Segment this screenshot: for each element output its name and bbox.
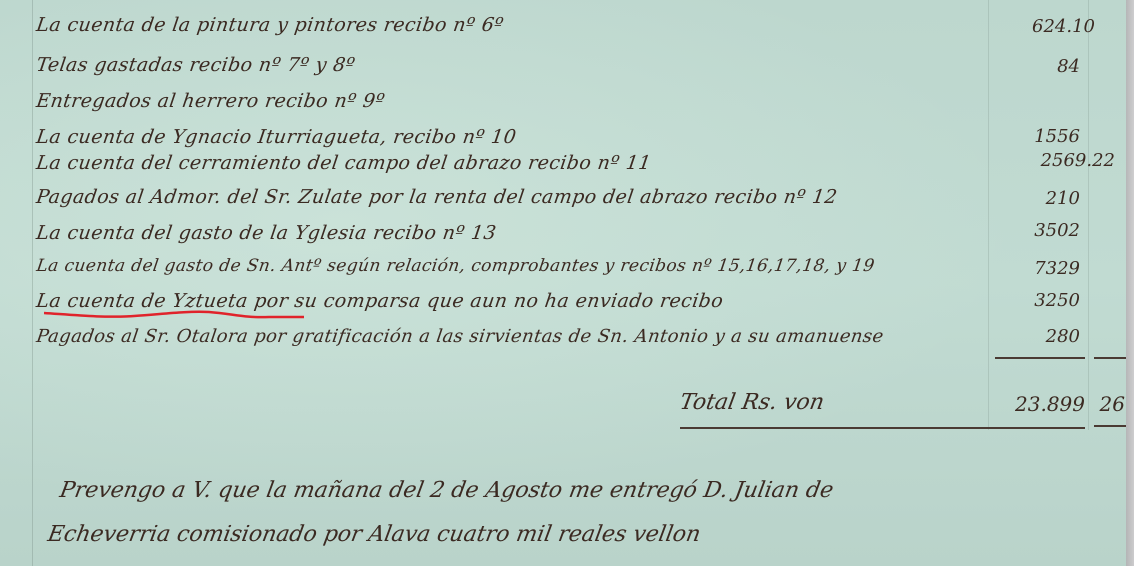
paragraph-line: Prevengo a V. que la mañana del 2 de Ago… <box>58 478 836 503</box>
ledger-entry: Pagados al Sr. Otalora por gratificación… <box>34 326 885 354</box>
ledger-entry: La cuenta de Ygnacio Iturriagueta, recib… <box>34 126 518 154</box>
ledger-amount: 2569.22 <box>985 150 1115 178</box>
ledger-entry: Pagados al Admor. del Sr. Zulate por la … <box>34 186 839 214</box>
ledger-entry: Telas gastadas recibo nº 7º y 8º <box>34 54 357 82</box>
total-rule-cents <box>1094 425 1126 427</box>
ledger-amount: 7329 <box>950 258 1080 286</box>
ledger-entry: Entregados al herrero recibo nº 9º <box>34 90 386 118</box>
ledger-amount: 210 <box>950 188 1080 216</box>
ledger-amount: 84 <box>950 56 1080 84</box>
page-edge <box>1126 0 1134 566</box>
ledger-amount: 3502 <box>950 220 1080 248</box>
ledger-entry: La cuenta del cerramiento del campo del … <box>34 152 653 180</box>
ledger-amount: 280 <box>950 326 1080 354</box>
ledger-entry: La cuenta del gasto de la Yglesia recibo… <box>34 222 498 250</box>
ledger-entry: La cuenta del gasto de Sn. Antº según re… <box>34 256 876 284</box>
subtotal-rule <box>995 357 1085 359</box>
ledger-amount: 624.10 <box>965 16 1095 44</box>
subtotal-rule-cents <box>1094 357 1126 359</box>
total-label: Total Rs. von <box>678 390 826 415</box>
total-cents: 26 <box>995 392 1125 420</box>
ledger-entry: La cuenta de la pintura y pintores recib… <box>34 14 505 42</box>
red-underline-annotation <box>44 310 304 320</box>
ledger-amount: 3250 <box>950 290 1080 318</box>
margin-rule <box>32 0 33 566</box>
total-rule <box>680 427 1085 429</box>
cents-column-rule <box>1088 0 1089 430</box>
paragraph-line: Echeverria comisionado por Alava cuatro … <box>46 522 703 547</box>
